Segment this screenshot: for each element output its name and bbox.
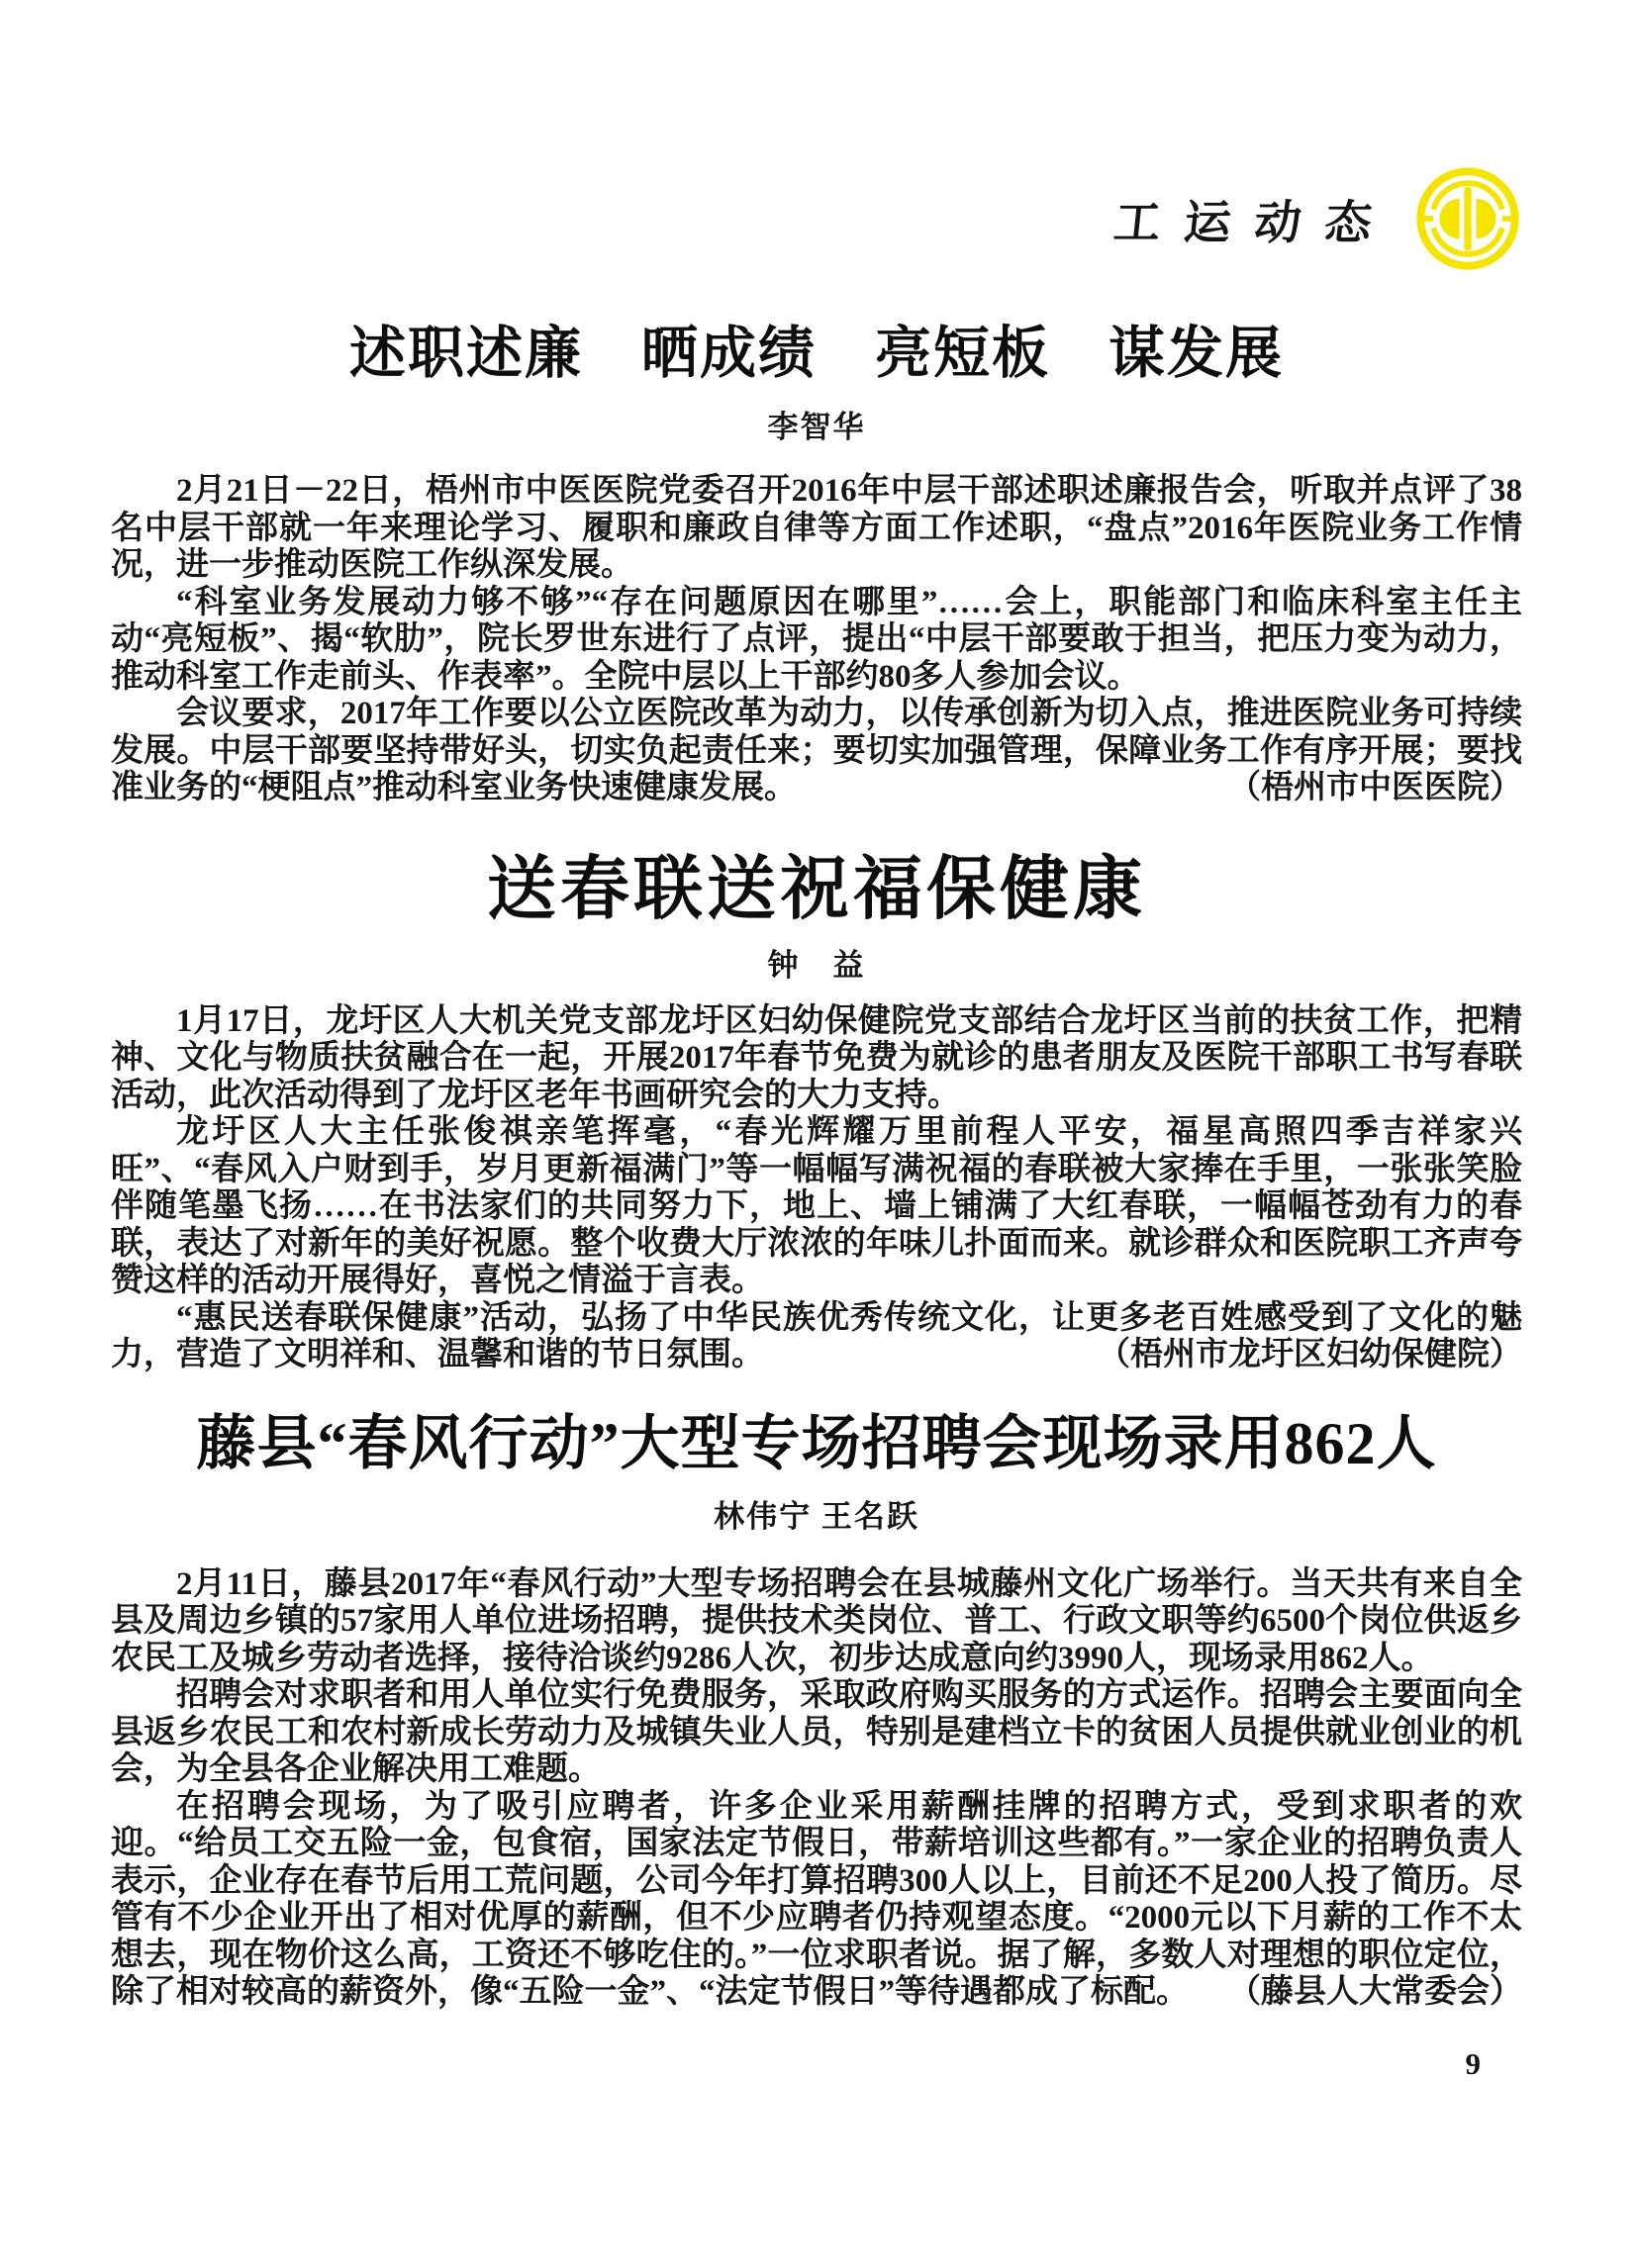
page-number: 9 [1466, 2046, 1482, 2082]
article-2: 送春联送祝福保健康 钟 益 1月17日，龙圩区人大机关党支部龙圩区妇幼保健院党支… [111, 849, 1522, 1374]
page-content: 述职述廉 晒成绩 亮短板 谋发展 李智华 2月21日－22日，梧州市中医医院党委… [111, 319, 1522, 2012]
article-1-paragraph: 2月21日－22日，梧州市中医医院党委召开2016年中层干部述职述廉报告会，听取… [111, 473, 1522, 585]
article-3-paragraph: 在招聘会现场，为了吸引应聘者，许多企业采用薪酬挂牌的招聘方式，受到求职者的欢迎。… [111, 1789, 1522, 2012]
article-2-paragraph: “惠民送春联保健康”活动，弘扬了中华民族优秀传统文化，让更多老百姓感受到了文化的… [111, 1300, 1522, 1374]
document-page: 工运动态 述职述廉 晒成绩 亮短板 谋发展 李智华 2月21日－22日，梧州市中… [0, 0, 1639, 2268]
article-2-paragraph: 1月17日，龙圩区人大机关党支部龙圩区妇幼保健院党支部结合龙圩区当前的扶贫工作，… [111, 1003, 1522, 1115]
article-3-attribution: （藤县人大常委会） [1228, 1974, 1522, 2012]
article-1: 述职述廉 晒成绩 亮短板 谋发展 李智华 2月21日－22日，梧州市中医医院党委… [111, 319, 1522, 807]
trade-union-logo-icon [1415, 166, 1520, 271]
masthead-title: 工运动态 [1110, 186, 1404, 252]
article-3: 藤县“春风行动”大型专场招聘会现场录用862人 林伟宁 王名跃 2月11日，藤县… [111, 1404, 1522, 2012]
article-3-paragraph: 2月11日，藤县2017年“春风行动”大型专场招聘会在县城藤州文化广场举行。当天… [111, 1566, 1522, 1678]
article-2-attribution: （梧州市龙圩区妇幼保健院） [1098, 1337, 1522, 1374]
article-3-author: 林伟宁 王名跃 [111, 1497, 1522, 1537]
article-1-paragraph: “科室业务发展动力够不够”“存在问题原因在哪里”……会上，职能部门和临床科室主任… [111, 585, 1522, 697]
article-2-title: 送春联送祝福保健康 [111, 849, 1522, 932]
article-1-title: 述职述廉 晒成绩 亮短板 谋发展 [111, 319, 1522, 390]
page-header: 工运动态 [1114, 166, 1520, 271]
article-1-paragraph: 会议要求，2017年工作要以公立医院改革为动力，以传承创新为切入点，推进医院业务… [111, 696, 1522, 807]
article-1-author: 李智华 [111, 408, 1522, 447]
article-1-attribution: （梧州市中医医院） [1228, 770, 1522, 807]
article-3-title: 藤县“春风行动”大型专场招聘会现场录用862人 [111, 1404, 1522, 1483]
article-2-paragraph: 龙圩区人大主任张俊祺亲笔挥毫，“春光辉耀万里前程人平安，福星高照四季吉祥家兴旺”… [111, 1114, 1522, 1300]
article-2-author: 钟 益 [111, 946, 1522, 986]
article-3-paragraph: 招聘会对求职者和用人单位实行免费服务，采取政府购买服务的方式运作。招聘会主要面向… [111, 1677, 1522, 1789]
